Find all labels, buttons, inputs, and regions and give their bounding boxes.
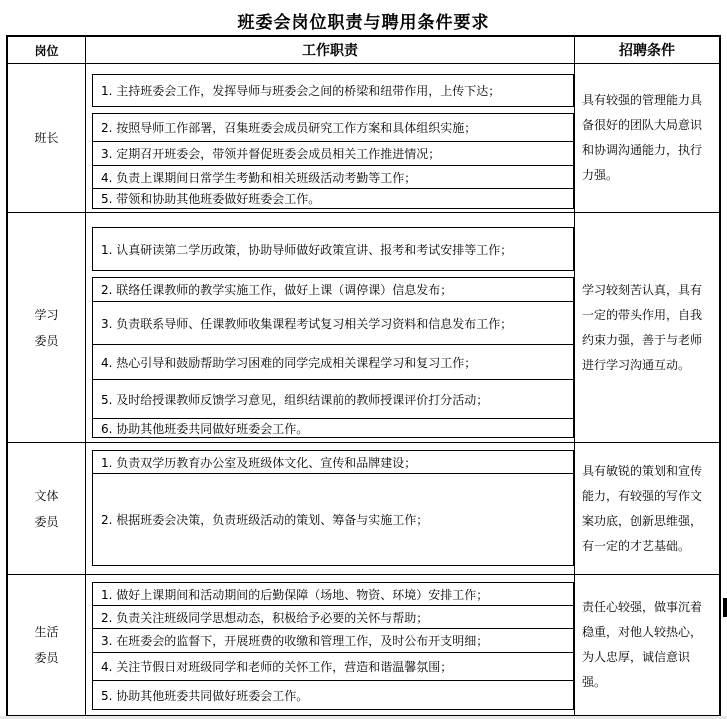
- position-cell: 学习委员: [8, 213, 86, 442]
- condition-cell: 责任心较强，做事沉着稳重，对他人较热心，为人忠厚，诚信意识强。: [575, 575, 719, 715]
- duty-item: 5. 及时给授课教师反馈学习意见，组织结课前的教师授课评价打分活动；: [92, 379, 574, 419]
- header-duties: 工作职责: [86, 37, 575, 63]
- position-cell: 生活委员: [8, 575, 86, 715]
- duty-item: 4. 热心引导和鼓励帮助学习困难的同学完成相关课程学习和复习工作；: [92, 344, 574, 380]
- duties-cell: 1. 负责双学历教育办公室及班级体文化、宣传和品牌建设； 2. 根据班委会决策，…: [86, 443, 575, 574]
- position-cell: 文体委员: [8, 443, 86, 574]
- position-label: 班长: [34, 125, 60, 151]
- condition-cell: 学习较刻苦认真，具有一定的带头作用，自我约束力强，善于与老师进行学习沟通互动。: [575, 213, 719, 442]
- table-row-arts: 文体委员 1. 负责双学历教育办公室及班级体文化、宣传和品牌建设； 2. 根据班…: [8, 442, 719, 574]
- duty-item: 2. 负责关注班级同学思想动态，积极给予必要的关怀与帮助；: [92, 605, 574, 629]
- page-title: 班委会岗位职责与聘用条件要求: [0, 0, 727, 35]
- document-page: 班委会岗位职责与聘用条件要求 岗位 工作职责 招聘条件 班长 1. 主持班委会工…: [0, 0, 727, 719]
- position-label: 生活委员: [34, 619, 60, 671]
- condition-cell: 具有较强的管理能力具备很好的团队大局意识和协调沟通能力，执行力强。: [575, 64, 719, 212]
- duty-item: 4. 关注节假日对班级同学和老师的关怀工作，营造和谐温馨氛围；: [92, 652, 574, 681]
- condition-cell: 具有敏锐的策划和宣传能力，有较强的写作文案功底，创新思维强，有一定的才艺基础。: [575, 443, 719, 574]
- header-conditions: 招聘条件: [575, 37, 719, 63]
- header-position: 岗位: [8, 37, 86, 63]
- committee-table: 岗位 工作职责 招聘条件 班长 1. 主持班委会工作，发挥导师与班委会之间的桥梁…: [6, 35, 721, 717]
- duty-item: 2. 按照导师工作部署，召集班委会成员研究工作方案和具体组织实施；: [92, 113, 574, 142]
- duties-cell: 1. 认真研读第二学历政策，协助导师做好政策宣讲、报考和考试安排等工作； 2. …: [86, 213, 575, 442]
- table-row-life: 生活委员 1. 做好上课期间和活动期间的后勤保障（场地、物资、环境）安排工作； …: [8, 574, 719, 715]
- duty-item: 1. 做好上课期间和活动期间的后勤保障（场地、物资、环境）安排工作；: [92, 582, 574, 606]
- duty-item: 1. 负责双学历教育办公室及班级体文化、宣传和品牌建设；: [92, 450, 574, 474]
- duty-item: 5. 带领和协助其他班委做好班委会工作。: [92, 188, 574, 209]
- duty-item: 3. 在班委会的监督下，开展班费的收缴和管理工作，及时公布开支明细；: [92, 628, 574, 653]
- duty-item: 6. 协助其他班委共同做好班委会工作。: [92, 418, 574, 438]
- duty-item: 3. 负责联系导师、任课教师收集课程考试复习相关学习资料和信息发布工作；: [92, 301, 574, 345]
- table-header-row: 岗位 工作职责 招聘条件: [8, 37, 719, 63]
- duties-cell: 1. 做好上课期间和活动期间的后勤保障（场地、物资、环境）安排工作； 2. 负责…: [86, 575, 575, 715]
- position-label: 学习委员: [34, 302, 60, 354]
- table-row-monitor: 班长 1. 主持班委会工作，发挥导师与班委会之间的桥梁和纽带作用，上传下达； 2…: [8, 63, 719, 212]
- duties-cell: 1. 主持班委会工作，发挥导师与班委会之间的桥梁和纽带作用，上传下达； 2. 按…: [86, 64, 575, 212]
- position-cell: 班长: [8, 64, 86, 212]
- table-row-study: 学习委员 1. 认真研读第二学历政策，协助导师做好政策宣讲、报考和考试安排等工作…: [8, 212, 719, 442]
- duty-item: 2. 联络任课教师的教学实施工作，做好上课（调停课）信息发布；: [92, 277, 574, 302]
- duty-item: 1. 认真研读第二学历政策，协助导师做好政策宣讲、报考和考试安排等工作；: [92, 227, 574, 271]
- duty-item: 5. 协助其他班委共同做好班委会工作。: [92, 680, 574, 710]
- duty-item: 3. 定期召开班委会，带领并督促班委会成员相关工作推进情况；: [92, 141, 574, 166]
- text-cursor-mark: [723, 598, 727, 617]
- position-label: 文体委员: [34, 483, 60, 535]
- duty-item: 2. 根据班委会决策，负责班级活动的策划、筹备与实施工作；: [92, 473, 574, 566]
- duty-item: 4. 负责上课期间日常学生考勤和相关班级活动考勤等工作；: [92, 165, 574, 189]
- duty-item: 1. 主持班委会工作，发挥导师与班委会之间的桥梁和纽带作用，上传下达；: [92, 74, 574, 107]
